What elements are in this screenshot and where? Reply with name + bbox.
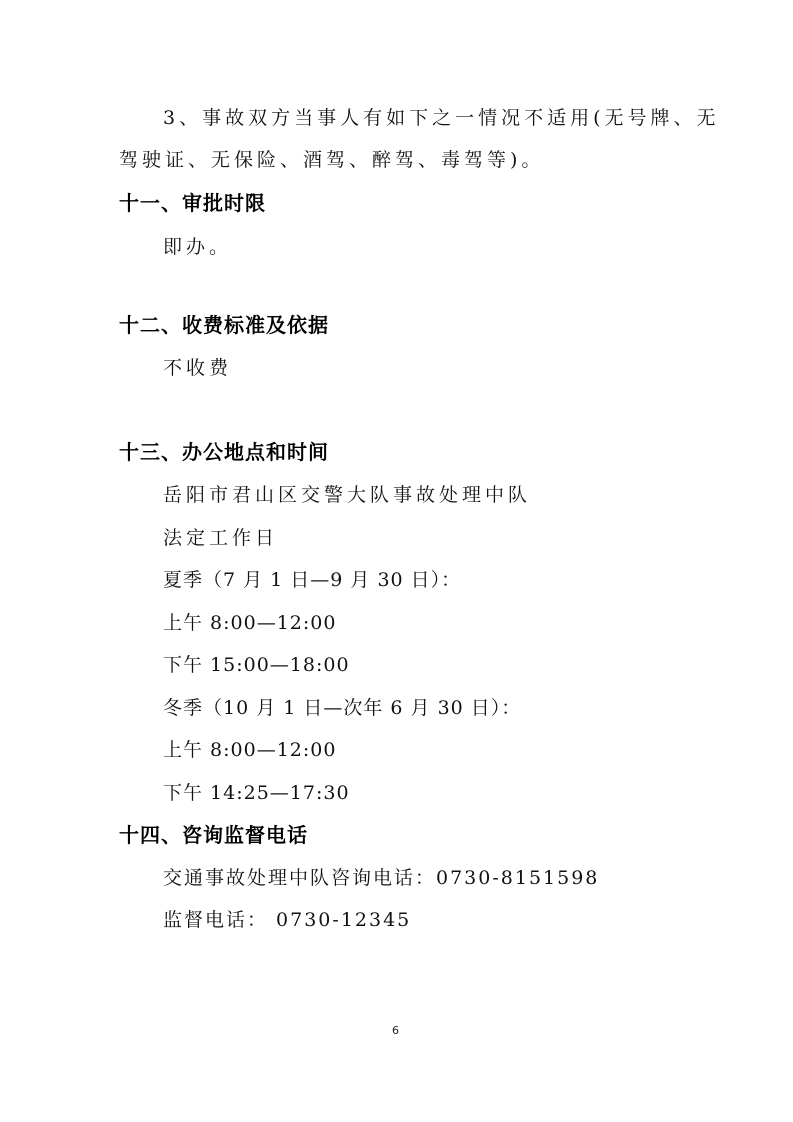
paragraph-3-line-1: 3、事故双方当事人有如下之一情况不适用(无号牌、无: [163, 106, 720, 130]
winter-afternoon-hours: 下午 14:25—17:30: [163, 781, 350, 805]
summer-afternoon-hours: 下午 15:00—18:00: [163, 653, 350, 677]
approval-time-text: 即办。: [163, 235, 232, 259]
section-heading-fees: 十二、收费标准及依据: [119, 313, 329, 337]
consultation-phone: 交通事故处理中队咨询电话：0730-8151598: [163, 866, 599, 890]
summer-morning-hours: 上午 8:00—12:00: [163, 611, 336, 635]
winter-period: 冬季（10 月 1 日—次年 6 月 30 日）：: [163, 696, 521, 720]
section-heading-contact-phones: 十四、咨询监督电话: [119, 823, 308, 847]
supervision-phone: 监督电话： 0730-12345: [163, 908, 411, 932]
winter-morning-hours: 上午 8:00—12:00: [163, 738, 336, 762]
paragraph-3-line-2: 驾驶证、无保险、酒驾、醉驾、毒驾等)。: [119, 148, 544, 172]
office-location: 岳阳市君山区交警大队事故处理中队: [163, 483, 531, 507]
section-heading-office-location-hours: 十三、办公地点和时间: [119, 440, 329, 464]
section-heading-approval-time: 十一、审批时限: [119, 191, 266, 215]
summer-period: 夏季（7 月 1 日—9 月 30 日）：: [163, 568, 461, 592]
workdays-label: 法定工作日: [163, 526, 278, 550]
fees-text: 不收费: [163, 356, 232, 380]
page-number: 6: [392, 1024, 399, 1037]
